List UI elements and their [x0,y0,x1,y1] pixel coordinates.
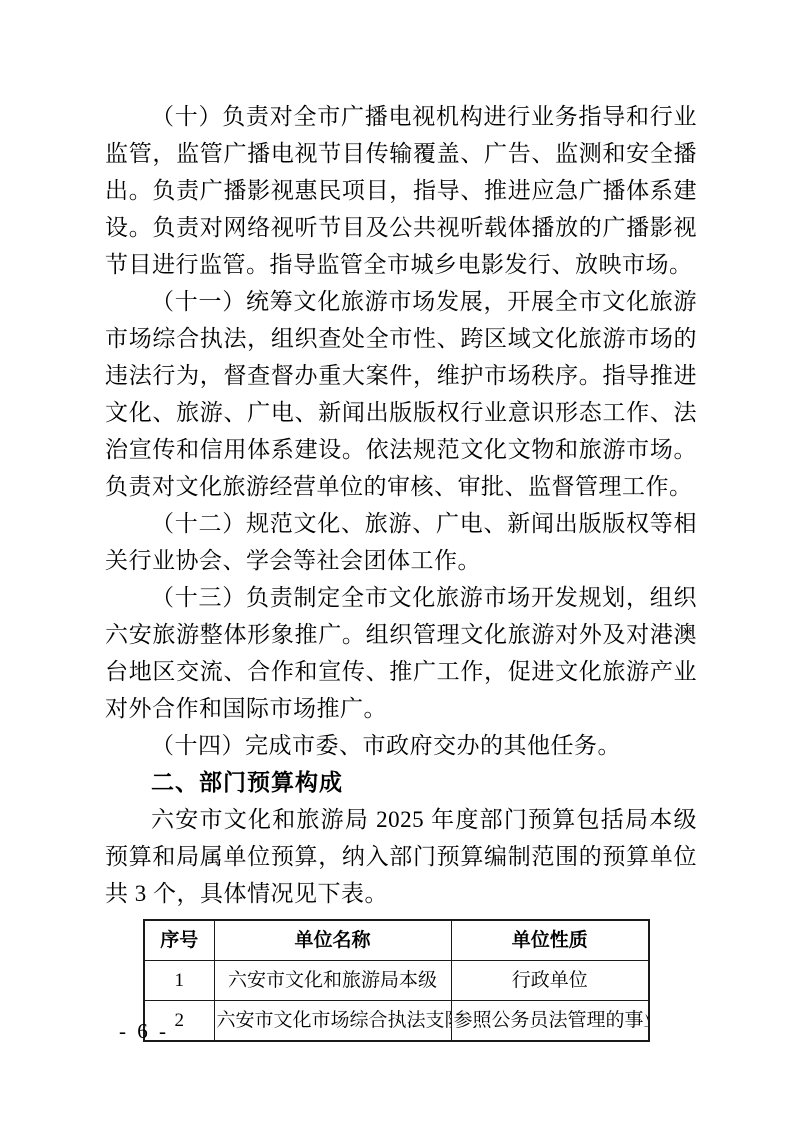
table-row: 2 六安市文化市场综合执法支队 参照公务员法管理的事业 [144,1001,649,1042]
cell-unit-name: 六安市文化市场综合执法支队 [214,1001,451,1042]
cell-unit-type: 行政单位 [451,961,649,1001]
section-heading: 二、部门预算构成 [105,764,697,801]
paragraph-budget-intro: 六安市文化和旅游局 2025 年度部门预算包括局本级预算和局属单位预算，纳入部门… [105,801,697,912]
paragraph-duty-13: （十三）负责制定全市文化旅游市场开发规划，组织六安旅游整体形象推广。组织管理文化… [105,579,697,727]
budget-units-table: 序号 单位名称 单位性质 1 六安市文化和旅游局本级 行政单位 2 六安市文化市… [143,919,650,1042]
document-page: （十）负责对全市广播电视机构进行业务指导和行业监管，监管广播电视节目传输覆盖、广… [0,0,793,1122]
header-cell-index: 序号 [144,920,214,961]
paragraph-duty-12: （十二）规范文化、旅游、广电、新闻出版版权等相关行业协会、学会等社会团体工作。 [105,505,697,579]
cell-unit-name: 六安市文化和旅游局本级 [214,961,451,1001]
table-row: 1 六安市文化和旅游局本级 行政单位 [144,961,649,1001]
header-cell-unit-type: 单位性质 [451,920,649,961]
paragraph-duty-14: （十四）完成市委、市政府交办的其他任务。 [105,727,697,764]
cell-index: 1 [144,961,214,1001]
page-number: - 6 - [119,1013,169,1050]
header-cell-unit-name: 单位名称 [214,920,451,961]
cell-unit-type: 参照公务员法管理的事业 [451,1001,649,1042]
table-header-row: 序号 单位名称 单位性质 [144,920,649,961]
paragraph-duty-10: （十）负责对全市广播电视机构进行业务指导和行业监管，监管广播电视节目传输覆盖、广… [105,98,697,283]
paragraph-duty-11: （十一）统筹文化旅游市场发展，开展全市文化旅游市场综合执法，组织查处全市性、跨区… [105,283,697,505]
